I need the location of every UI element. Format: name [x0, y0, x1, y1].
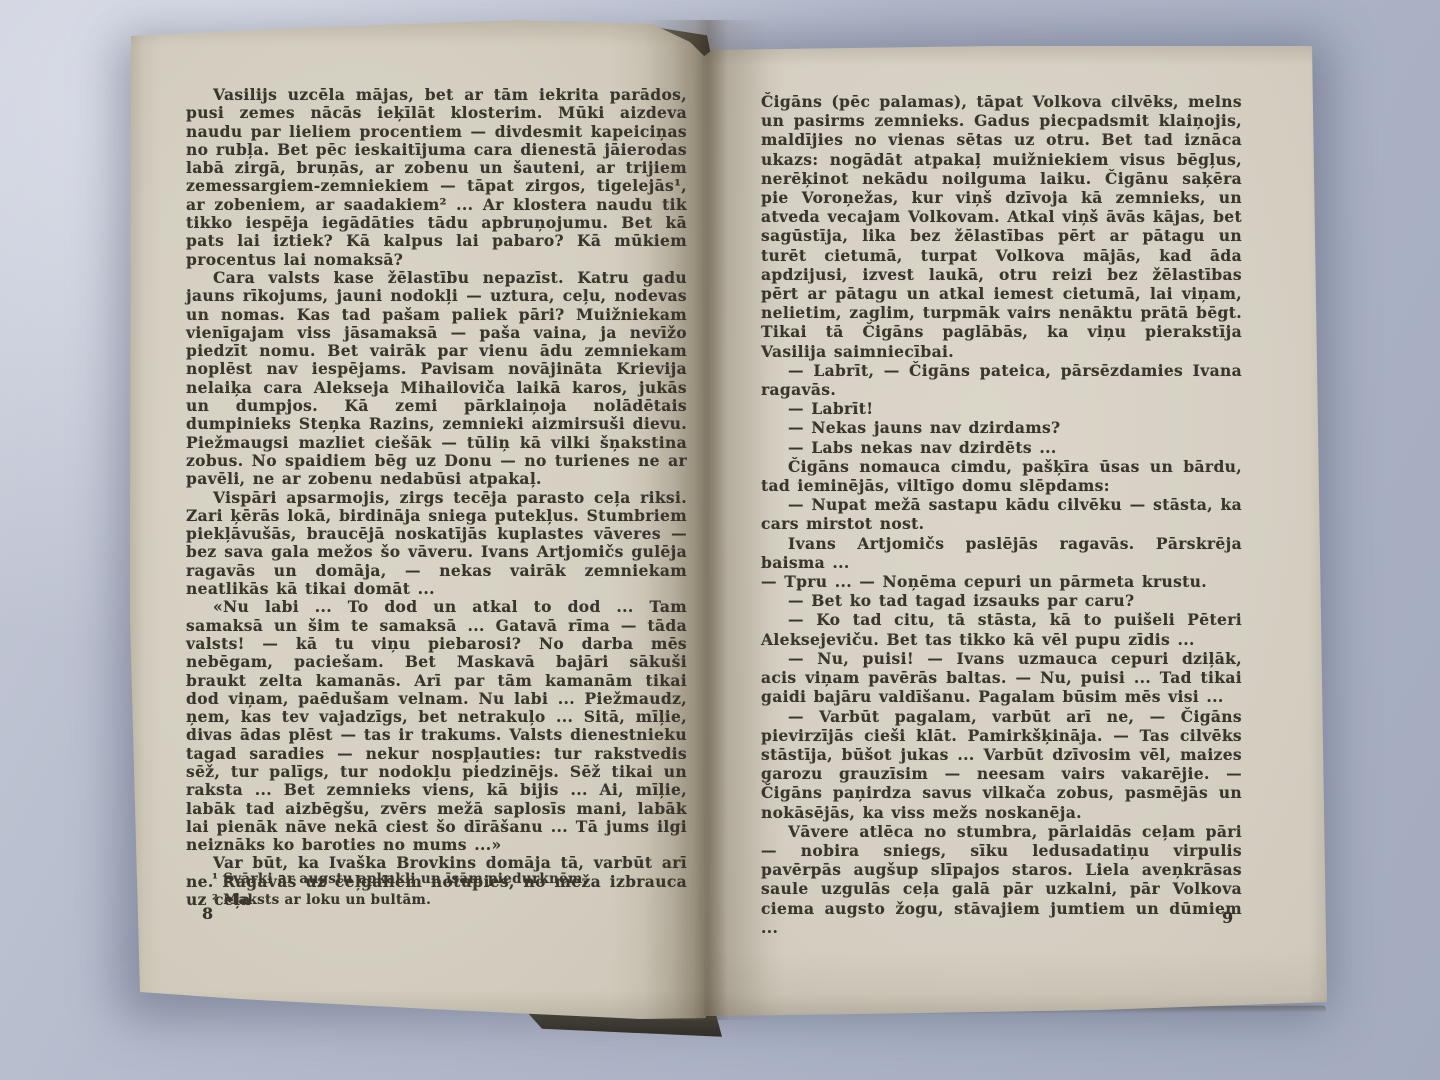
paragraph: Čigāns (pēc palamas), tāpat Volkova cilv…: [761, 92, 1242, 361]
left-page-footnotes: ¹ Svārki ar augstu apkakli un īsām piedu…: [212, 869, 682, 910]
right-page-number: 9: [1222, 908, 1233, 927]
left-page-text: Vasilijs uzcēla mājas, bet ar tām iekrit…: [186, 86, 687, 909]
paragraph: Vispāri apsarmojis, zirgs tecēja parasto…: [186, 489, 687, 599]
open-book: Vasilijs uzcēla mājas, bet ar tām iekrit…: [0, 0, 1440, 1080]
paragraph: Čigāns nomauca cimdu, pašķīra ūsas un bā…: [761, 457, 1242, 495]
paragraph: — Labrīt!: [761, 399, 1242, 418]
paragraph: Ivans Artjomičs paslējās ragavās. Pārskr…: [761, 534, 1242, 572]
paragraph: — Varbūt pagalam, varbūt arī ne, — Čigān…: [761, 707, 1242, 822]
photo-background: Vasilijs uzcēla mājas, bet ar tām iekrit…: [0, 0, 1440, 1080]
paragraph: Cara valsts kase žēlastību nepazīst. Kat…: [186, 269, 687, 489]
paragraph: — Labs nekas nav dzirdēts ...: [761, 438, 1242, 457]
paragraph: — Labrīt, — Čigāns pateica, pārsēzdamies…: [761, 361, 1242, 399]
paragraph: — Bet ko tad tagad izsauks par caru?: [761, 591, 1242, 610]
paragraph: — Nekas jauns nav dzirdams?: [761, 418, 1242, 437]
paragraph: Vasilijs uzcēla mājas, bet ar tām iekrit…: [186, 86, 687, 269]
paragraph: — Nupat mežā sastapu kādu cilvēku — stās…: [761, 495, 1242, 533]
paragraph: — Nu, puisi! — Ivans uzmauca cepuri dziļ…: [761, 649, 1242, 707]
paragraph: Vāvere atlēca no stumbra, pārlaidās ceļa…: [761, 822, 1242, 937]
paragraph: — Tpru ... — Noņēma cepuri un pārmeta kr…: [761, 572, 1242, 591]
footnote: ¹ Svārki ar augstu apkakli un īsām piedu…: [212, 869, 682, 890]
paragraph: — Ko tad citu, tā stāsta, kā to puišeli …: [761, 610, 1242, 648]
footnote: ² Maksts ar loku un bultām.: [212, 890, 682, 911]
paragraph: «Nu labi ... To dod un atkal to dod ... …: [186, 598, 687, 854]
left-page-number: 8: [202, 904, 213, 923]
right-page-text: Čigāns (pēc palamas), tāpat Volkova cilv…: [761, 92, 1242, 937]
